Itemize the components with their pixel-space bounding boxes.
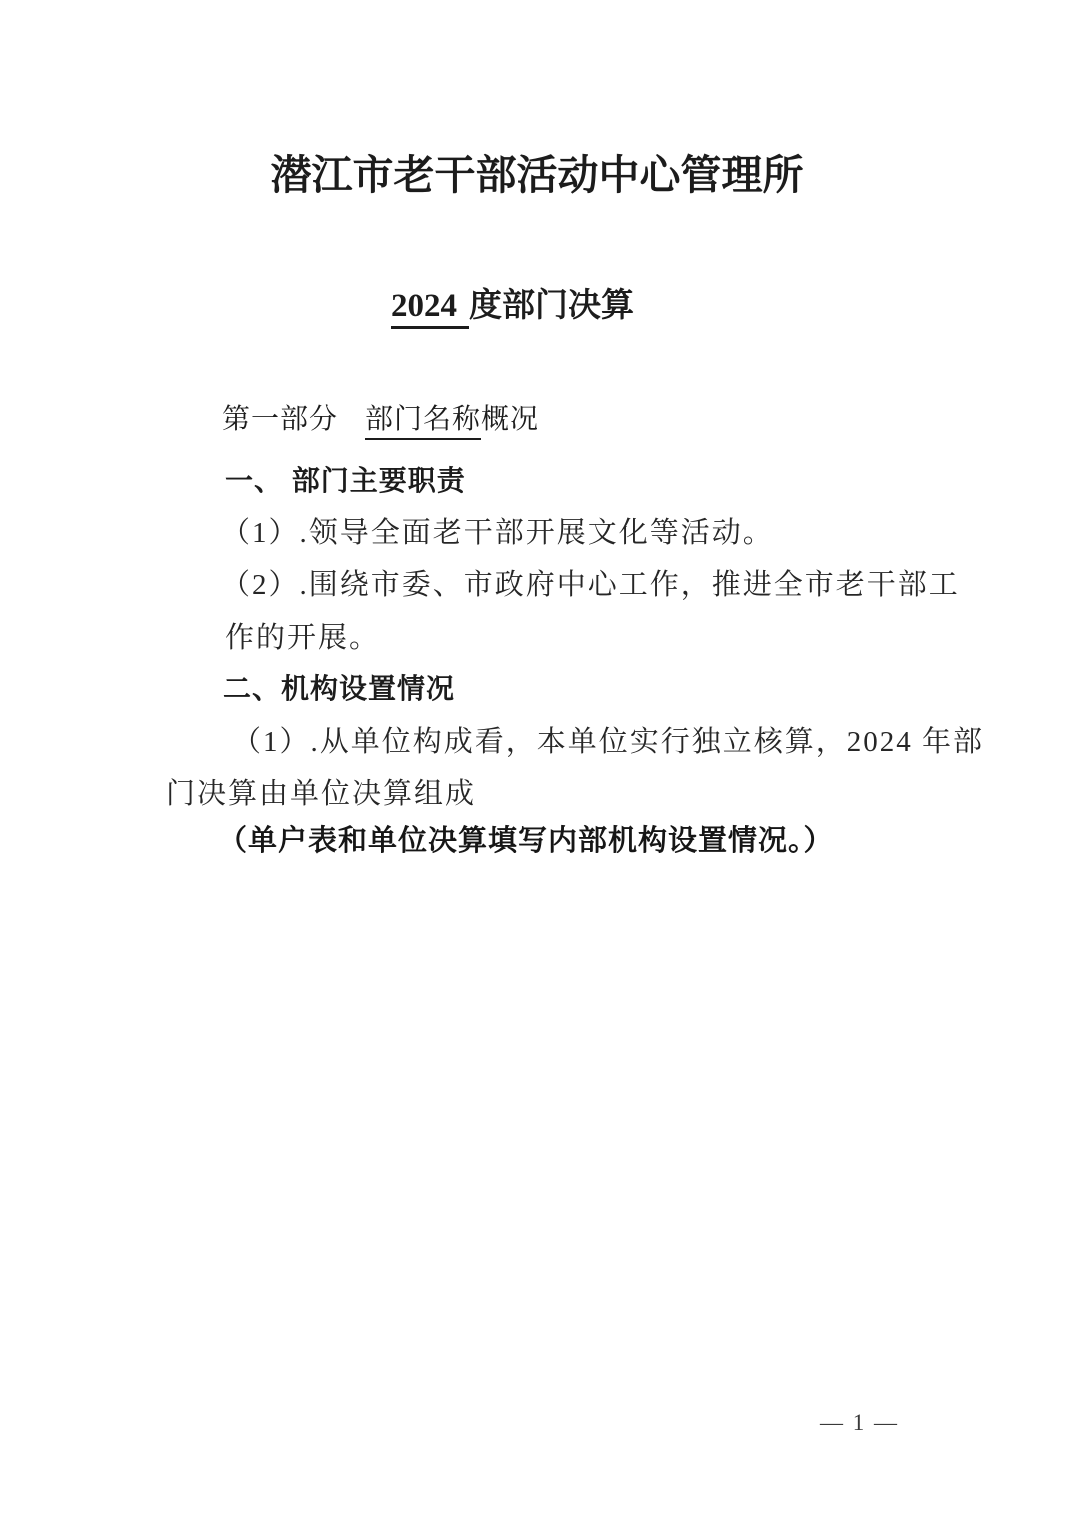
document-title: 潜江市老干部活动中心管理所 [0, 142, 1074, 201]
page-number: — 1 — [820, 1410, 899, 1436]
document-page: 潜江市老干部活动中心管理所 2024度部门决算 第一部分部门名称概况 一、 部门… [0, 0, 1074, 1520]
section1-paragraph-line: （2）.围绕市委、市政府中心工作，推进全市老干部工 [221, 562, 960, 603]
section1-heading: 一、 部门主要职责 [225, 459, 466, 499]
subtitle-rest: 度部门决算 [469, 288, 634, 324]
section2-paragraph-line: 门决算由单位决算组成 [166, 771, 476, 812]
part1-name-underlined: 部门名称 [365, 397, 481, 440]
section2-heading: 二、机构设置情况 [223, 667, 455, 707]
part1-label: 第一部分 [222, 397, 338, 437]
document-subtitle: 2024度部门决算 [391, 279, 634, 329]
section2-paragraph-line: （1）.从单位构成看，本单位实行独立核算，2024 年部 [232, 719, 984, 760]
section2-note: （单户表和单位决算填写内部机构设置情况。） [218, 818, 834, 859]
section1-paragraph-line: （1）.领导全面老干部开展文化等活动。 [221, 510, 774, 551]
part1-suffix: 概况 [481, 403, 539, 434]
section1-paragraph-line: 作的开展。 [225, 615, 380, 656]
subtitle-year-underlined: 2024 [391, 288, 469, 329]
part1-heading: 第一部分部门名称概况 [222, 397, 539, 440]
